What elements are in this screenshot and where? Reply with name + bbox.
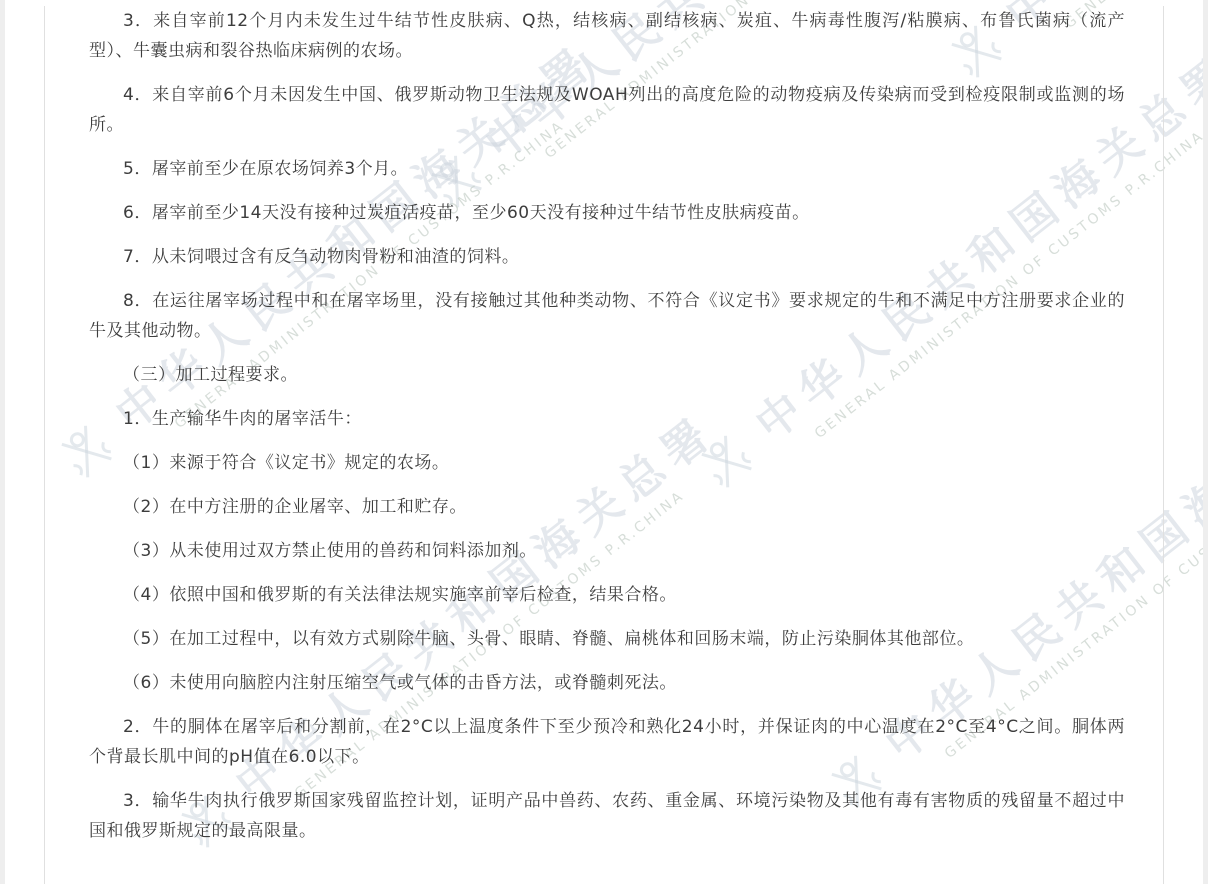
paragraph: （三）加工过程要求。 <box>89 360 1125 390</box>
paragraph: （2）在中方注册的企业屠宰、加工和贮存。 <box>89 492 1125 522</box>
paragraph: 3．来自宰前12个月内未发生过牛结节性皮肤病、Q热，结核病、副结核病、炭疽、牛病… <box>89 6 1125 66</box>
paragraph: （6）未使用向脑腔内注射压缩空气或气体的击昏方法，或脊髓刺死法。 <box>89 668 1125 698</box>
paragraph: 8．在运往屠宰场过程中和在屠宰场里，没有接触过其他种类动物、不符合《议定书》要求… <box>89 286 1125 346</box>
paragraph: （1）来源于符合《议定书》规定的农场。 <box>89 448 1125 478</box>
paragraph: （5）在加工过程中，以有效方式剔除牛脑、头骨、眼睛、脊髓、扁桃体和回肠末端，防止… <box>89 624 1125 654</box>
paragraph: 4．来自宰前6个月未因发生中国、俄罗斯动物卫生法规及WOAH列出的高度危险的动物… <box>89 80 1125 140</box>
paragraph: 6．屠宰前至少14天没有接种过炭疽活疫苗，至少60天没有接种过牛结节性皮肤病疫苗… <box>89 198 1125 228</box>
paragraph: 7．从未饲喂过含有反刍动物肉骨粉和油渣的饲料。 <box>89 242 1125 272</box>
document-page: 中华人民共和国海关总署 GENERAL ADMINISTRATION OF CU… <box>5 0 1203 884</box>
paragraph: 3．输华牛肉执行俄罗斯国家残留监控计划，证明产品中兽药、农药、重金属、环境污染物… <box>89 786 1125 846</box>
paragraph: 2．牛的胴体在屠宰后和分割前，在2°C以上温度条件下至少预冷和熟化24小时，并保… <box>89 712 1125 772</box>
article-body: 3．来自宰前12个月内未发生过牛结节性皮肤病、Q热，结核病、副结核病、炭疽、牛病… <box>44 6 1164 884</box>
paragraph: （3）从未使用过双方禁止使用的兽药和饲料添加剂。 <box>89 536 1125 566</box>
paragraph: （4）依照中国和俄罗斯的有关法律法规实施宰前宰后检查，结果合格。 <box>89 580 1125 610</box>
paragraph: 1．生产输华牛肉的屠宰活牛： <box>89 404 1125 434</box>
paragraph: 5．屠宰前至少在原农场饲养3个月。 <box>89 154 1125 184</box>
